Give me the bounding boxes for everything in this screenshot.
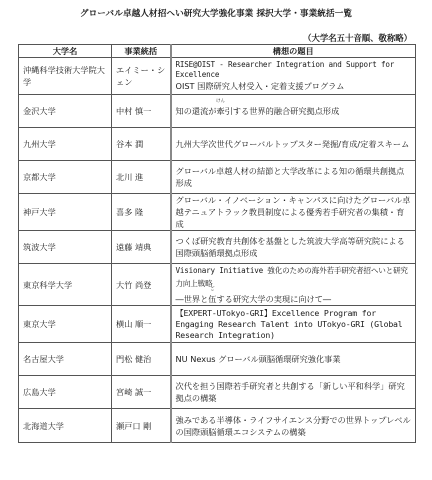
program-lead: 谷本 潤	[112, 128, 171, 161]
ruby-base: 牽	[216, 106, 224, 116]
program-lead: 大竹 尚登	[112, 264, 171, 306]
project-title-subtitle: ―世界とご伍する研究大学の実現に向けて―	[176, 293, 412, 305]
ruby-base: 伍	[208, 294, 216, 304]
project-title-part: 知の還流が	[176, 106, 217, 116]
table-row: 広島大学 宮崎 誠一 次代を担う国際若手研究者と共創する「新しい平和科学」研究拠…	[19, 376, 416, 409]
project-title: 【EXPERT-UTokyo-GRI】Excellence Program fo…	[171, 306, 416, 343]
table-row: 金沢大学 中村 慎一 知の還流がけん牽引する世界的融合研究拠点形成	[19, 95, 416, 128]
table-row: 北海道大学 瀬戸口 剛 強みである半導体・ライフサイエンス分野での世界トップレベ…	[19, 409, 416, 443]
furigana: けん	[216, 99, 225, 104]
header-university: 大学名	[19, 45, 112, 58]
university-name: 九州大学	[19, 128, 112, 161]
table-row: 東京科学大学 大竹 尚登 Visionary Initiative 強化のための…	[19, 264, 416, 306]
furigana: ご	[210, 287, 215, 292]
project-title: 強みである半導体・ライフサイエンス分野での世界トップレベルの国際頭脳循環エコシス…	[171, 409, 416, 443]
project-title: Visionary Initiative 強化のための海外若手研究者招へいと研究…	[171, 264, 416, 306]
table-row: 名古屋大学 門松 健治 NU Nexus グローバル頭脳循環研究強化事業	[19, 343, 416, 376]
university-name: 沖縄科学技術大学院大学	[19, 58, 112, 95]
project-title-part: 引する世界的融合研究拠点形成	[225, 106, 340, 116]
header-lead: 事業統括	[112, 45, 171, 58]
project-title: NU Nexus グローバル頭脳循環研究強化事業	[171, 343, 416, 376]
header-project-title: 構想の題目	[171, 45, 416, 58]
program-lead: 遠藤 靖典	[112, 231, 171, 264]
table-row: 九州大学 谷本 潤 九州大学次世代グローバルトップスター発掘/育成/定着スキーム	[19, 128, 416, 161]
project-title: グローバル卓越人材の結節と大学改革による知の循環共創拠点形成	[171, 161, 416, 194]
university-name: 東京科学大学	[19, 264, 112, 306]
university-name: 北海道大学	[19, 409, 112, 443]
table-row: 京都大学 北川 進 グローバル卓越人材の結節と大学改革による知の循環共創拠点形成	[19, 161, 416, 194]
table-row: 東京大学 横山 順一 【EXPERT-UTokyo-GRI】Excellence…	[19, 306, 416, 343]
project-title: 次代を担う国際若手研究者と共創する「新しい平和科学」研究拠点の構築	[171, 376, 416, 409]
program-lead: 喜多 隆	[112, 194, 171, 231]
project-title-en: RISE@OIST - Researcher Integration and S…	[176, 60, 412, 80]
project-title: グローバル・イノベーション・キャンパスに向けたグローバル卓越テニュアトラック教員…	[171, 194, 416, 231]
project-title: 知の還流がけん牽引する世界的融合研究拠点形成	[171, 95, 416, 128]
program-lead: 宮崎 誠一	[112, 376, 171, 409]
ruby-annotated-char: けん牽	[216, 105, 224, 117]
project-title-line1: Visionary Initiative 強化のための海外若手研究者招へいと研究…	[176, 266, 408, 288]
adopted-universities-table: 大学名 事業統括 構想の題目 沖縄科学技術大学院大学 エイミー・シェン RISE…	[18, 44, 416, 443]
table-row: 筑波大学 遠藤 靖典 つくば研究教育共創体を基盤とした筑波大学高等研究院による国…	[19, 231, 416, 264]
university-name: 名古屋大学	[19, 343, 112, 376]
project-title: 九州大学次世代グローバルトップスター発掘/育成/定着スキーム	[171, 128, 416, 161]
university-name: 京都大学	[19, 161, 112, 194]
project-title: RISE@OIST - Researcher Integration and S…	[171, 58, 416, 95]
ruby-annotated-char: ご伍	[208, 293, 216, 305]
university-name: 金沢大学	[19, 95, 112, 128]
university-name: 東京大学	[19, 306, 112, 343]
table-row: 沖縄科学技術大学院大学 エイミー・シェン RISE@OIST - Researc…	[19, 58, 416, 95]
sort-note: （大学名五十音順、敬称略）	[303, 32, 412, 44]
table-header-row: 大学名 事業統括 構想の題目	[19, 45, 416, 58]
program-lead: 横山 順一	[112, 306, 171, 343]
university-name: 神戸大学	[19, 194, 112, 231]
table-row: 神戸大学 喜多 隆 グローバル・イノベーション・キャンパスに向けたグローバル卓越…	[19, 194, 416, 231]
program-lead: 中村 慎一	[112, 95, 171, 128]
program-lead: エイミー・シェン	[112, 58, 171, 95]
project-title-part: ―世界と	[176, 294, 209, 304]
project-title-part: する研究大学の実現に向けて―	[216, 294, 331, 304]
university-name: 広島大学	[19, 376, 112, 409]
program-lead: 瀬戸口 剛	[112, 409, 171, 443]
university-name: 筑波大学	[19, 231, 112, 264]
project-title: つくば研究教育共創体を基盤とした筑波大学高等研究院による国際頭脳循環拠点形成	[171, 231, 416, 264]
program-lead: 北川 進	[112, 161, 171, 194]
page-title: グローバル卓越人材招へい研究大学強化事業 採択大学・事業統括一覧	[0, 7, 432, 19]
project-title-ja: OIST 国際研究人材受入・定着支援プログラム	[176, 80, 412, 92]
program-lead: 門松 健治	[112, 343, 171, 376]
